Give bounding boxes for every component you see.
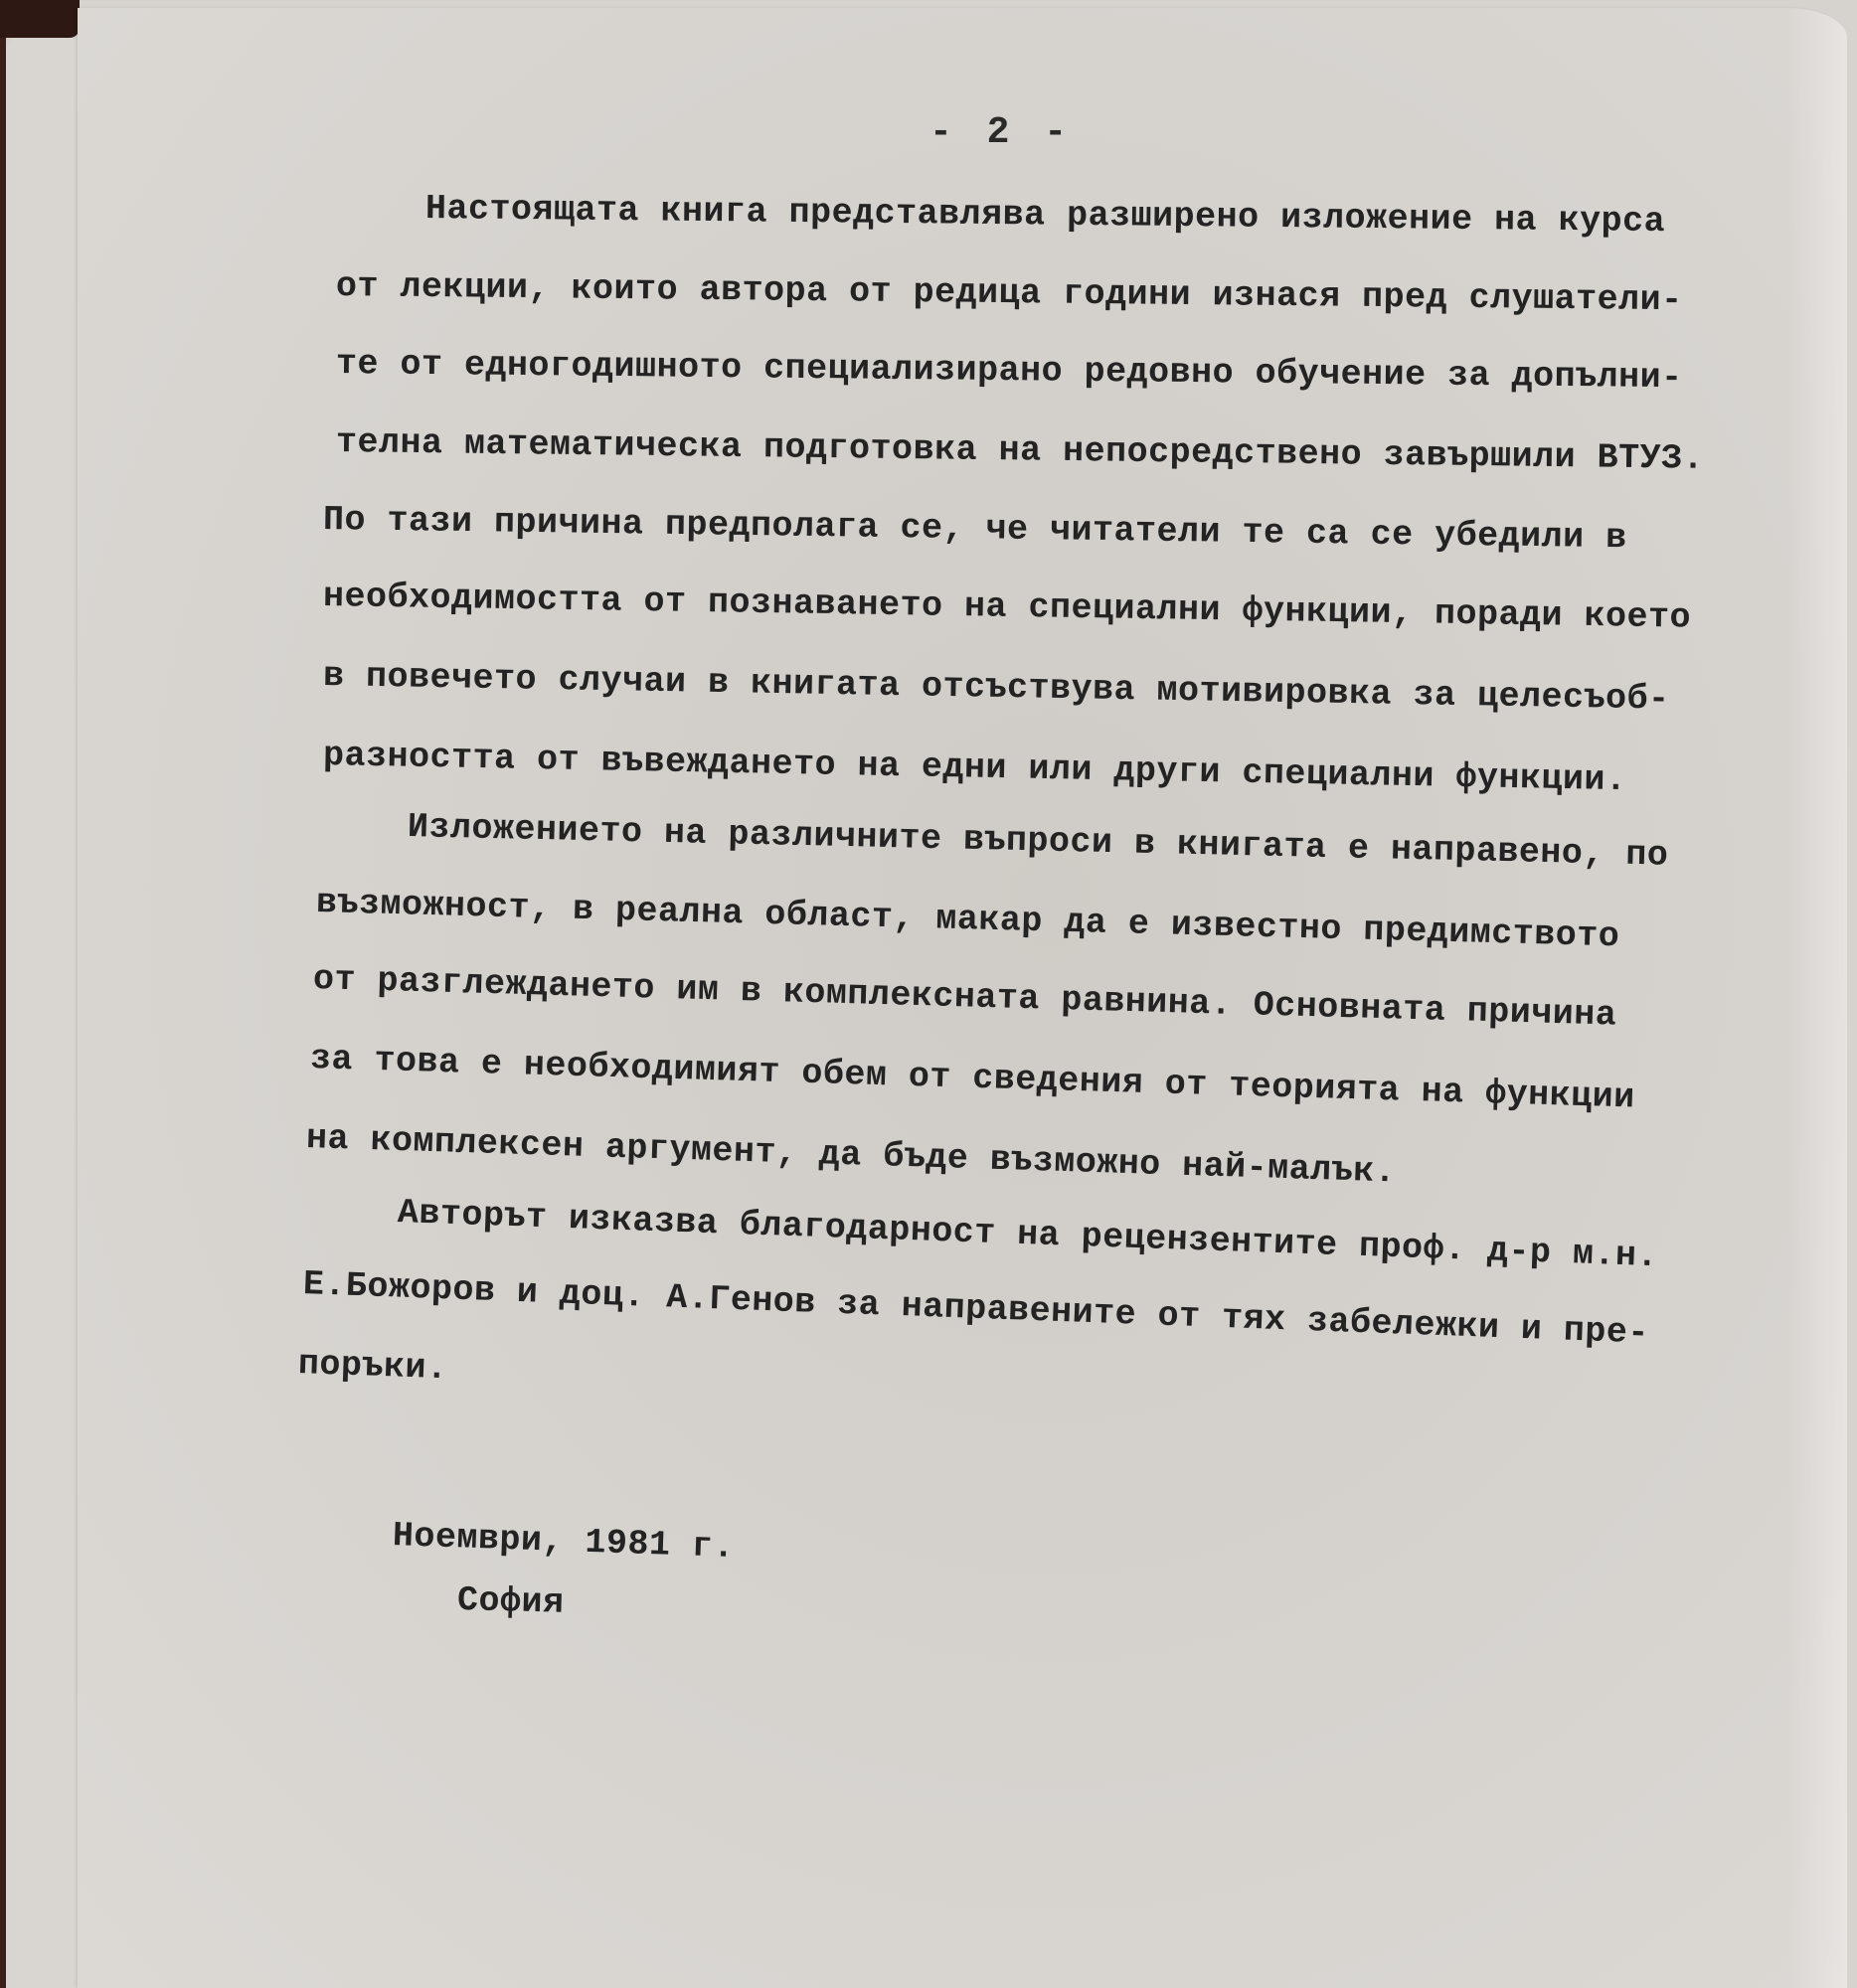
- page-curl-shading: [1787, 8, 1847, 1988]
- paragraph-3-line-3: поръки.: [297, 1344, 448, 1389]
- book-cover-edge: [0, 0, 80, 38]
- document-place: София: [456, 1580, 565, 1623]
- previous-page-edge: [6, 38, 85, 1988]
- page-number: - 2 -: [929, 111, 1073, 154]
